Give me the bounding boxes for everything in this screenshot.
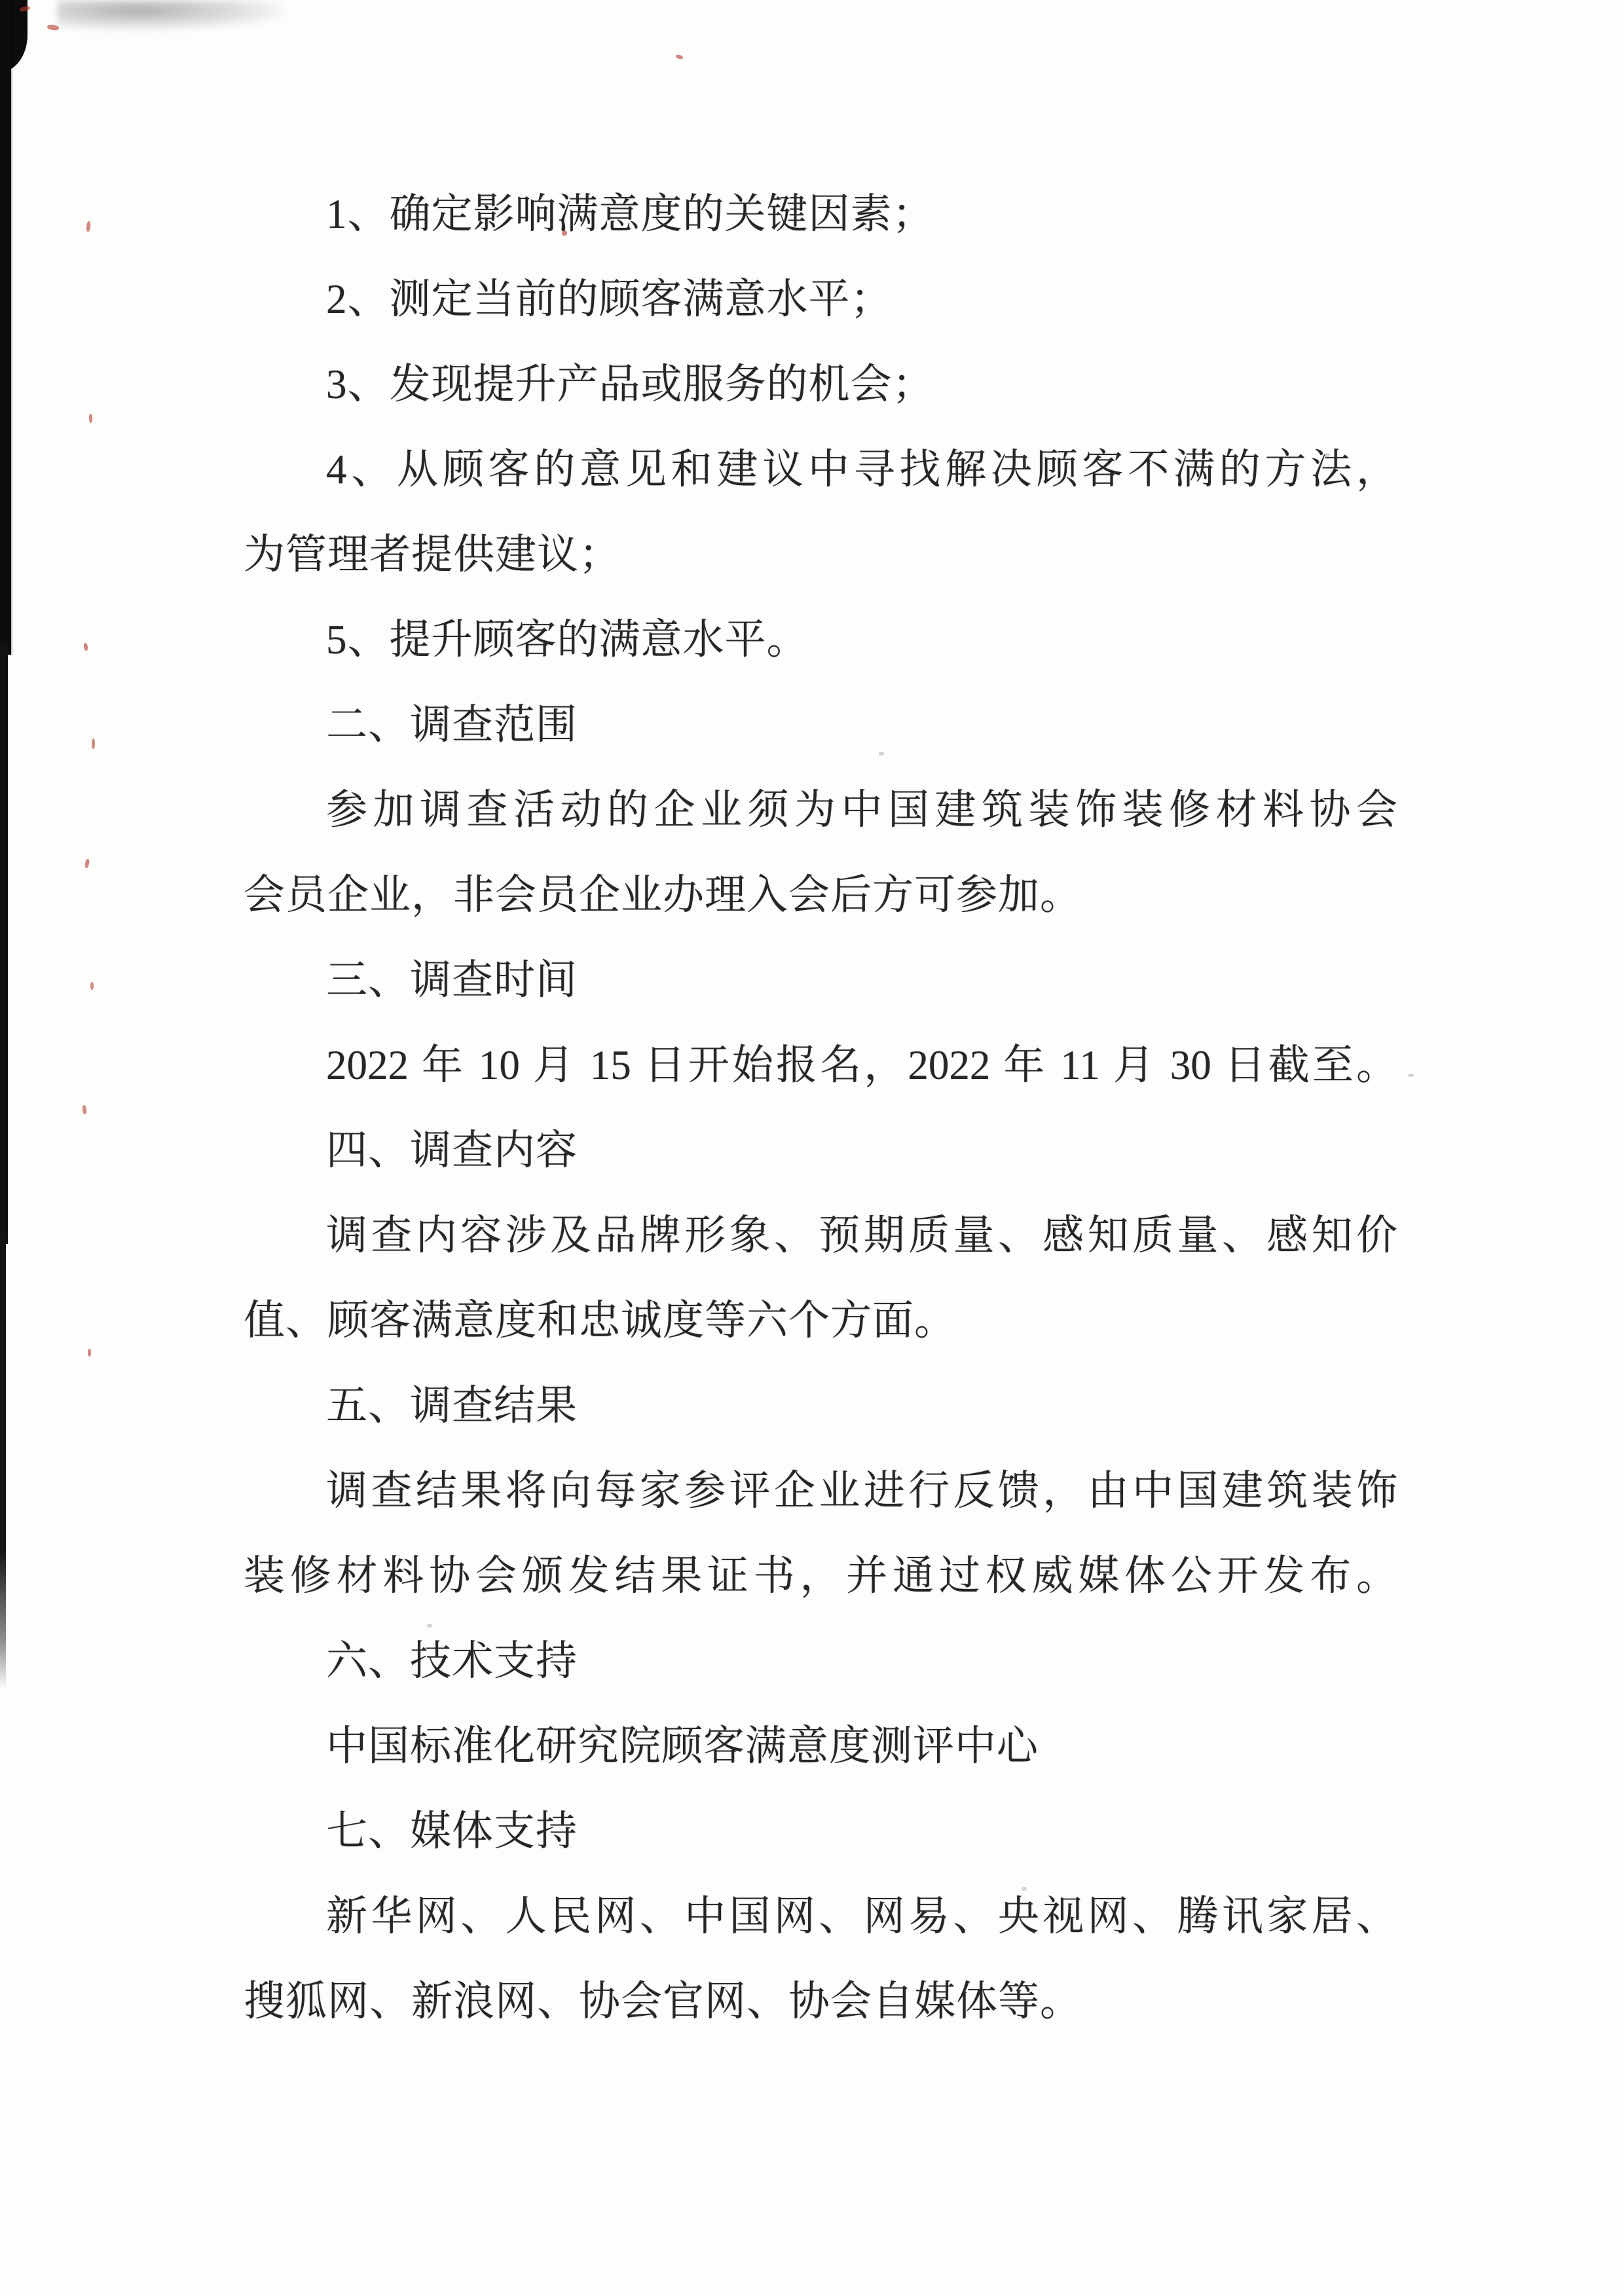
list-item-4-line-2: 为管理者提供建议； <box>244 512 1397 597</box>
list-item-1: 1、确定影响满意度的关键因素； <box>244 172 1397 257</box>
list-item-4-line-1: 4、从顾客的意见和建议中寻找解决顾客不满的方法， <box>244 427 1397 512</box>
document-page: 1、确定影响满意度的关键因素； 2、测定当前的顾客满意水平； 3、发现提升产品或… <box>0 0 1624 2296</box>
scan-speckle <box>92 738 95 749</box>
para-scope-line-2: 会员企业，非会员企业办理入会后方可参加。 <box>244 852 1397 938</box>
scan-edge-left <box>0 1231 6 1689</box>
section-heading-7: 七、媒体支持 <box>244 1789 1397 1874</box>
list-item-3: 3、发现提升产品或服务的机会； <box>244 342 1397 427</box>
scan-speckle <box>82 1105 86 1115</box>
document-body: 1、确定影响满意度的关键因素； 2、测定当前的顾客满意水平； 3、发现提升产品或… <box>244 172 1397 2044</box>
scan-edge-left <box>0 0 11 655</box>
section-heading-4: 四、调查内容 <box>244 1108 1397 1193</box>
section-heading-2: 二、调查范围 <box>244 682 1397 767</box>
scan-speckle <box>83 643 88 651</box>
para-results-line-2: 装修材料协会颁发结果证书，并通过权威媒体公开发布。 <box>244 1533 1397 1618</box>
scan-speckle <box>88 1349 91 1357</box>
scan-speckle <box>675 54 683 60</box>
scan-smudge <box>58 0 284 30</box>
scan-speckle <box>86 221 91 232</box>
section-heading-3: 三、调查时间 <box>244 938 1397 1023</box>
para-scope-line-1: 参加调查活动的企业须为中国建筑装饰装修材料协会 <box>244 767 1397 852</box>
para-media-line-1: 新华网、人民网、中国网、网易、央视网、腾讯家居、 <box>244 1874 1397 1959</box>
section-heading-5: 五、调查结果 <box>244 1363 1397 1448</box>
para-content-line-1: 调查内容涉及品牌形象、预期质量、感知质量、感知价 <box>244 1193 1397 1278</box>
scan-speckle <box>89 414 92 423</box>
list-item-5: 5、提升顾客的满意水平。 <box>244 597 1397 682</box>
scan-speckle <box>1408 1074 1414 1077</box>
para-media-line-2: 搜狐网、新浪网、协会官网、协会自媒体等。 <box>244 1959 1397 2044</box>
scan-speckle <box>90 982 94 990</box>
para-schedule: 2022 年 10 月 15 日开始报名，2022 年 11 月 30 日截至。 <box>244 1023 1397 1108</box>
para-results-line-1: 调查结果将向每家参评企业进行反馈，由中国建筑装饰 <box>244 1448 1397 1533</box>
para-tech-support: 中国标准化研究院顾客满意度测评中心 <box>244 1704 1397 1789</box>
scan-edge-left <box>0 642 8 1244</box>
section-heading-6: 六、技术支持 <box>244 1618 1397 1704</box>
list-item-2: 2、测定当前的顾客满意水平； <box>244 257 1397 342</box>
para-content-line-2: 值、顾客满意度和忠诚度等六个方面。 <box>244 1278 1397 1363</box>
scan-speckle <box>84 859 90 869</box>
